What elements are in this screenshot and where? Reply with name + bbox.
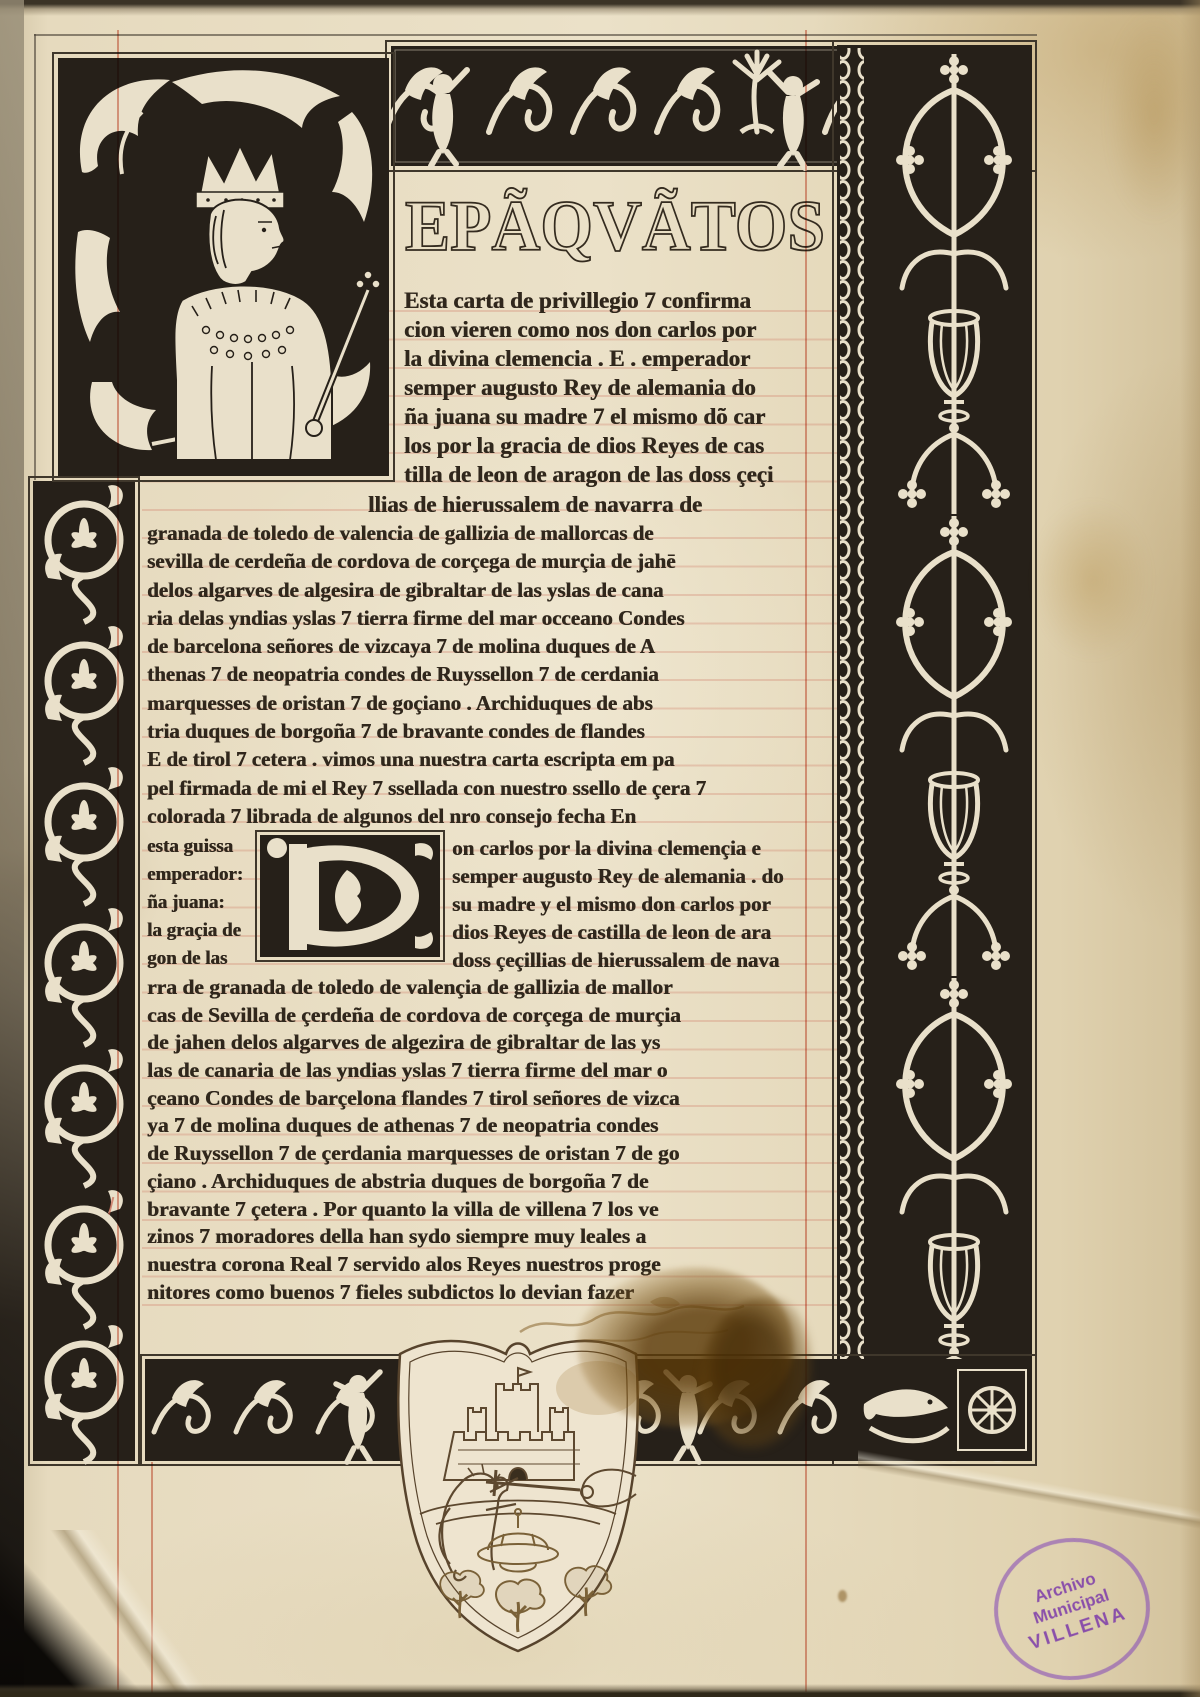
- text-line: llias de hierussalem de navarra de: [368, 492, 702, 518]
- text-line: su madre y el mismo don carlos por: [452, 892, 784, 920]
- inset-left-column: esta guissa emperador: ña juana: la graç…: [147, 836, 243, 975]
- text-line: tria duques de borgoña 7 de bravante con…: [147, 719, 706, 747]
- page-edge-left: [0, 0, 24, 1697]
- text-line: las de canaria de las yndias yslas 7 tie…: [147, 1058, 681, 1086]
- text-line: on carlos por la divina clemençia e: [452, 836, 784, 864]
- inset-right-column: on carlos por la divina clemençia e semp…: [452, 836, 784, 975]
- text-line: Esta carta de privillegio 7 confirma: [404, 288, 773, 317]
- text-line: emperador:: [147, 864, 243, 892]
- text-line: ria delas yndias yslas 7 tierra firme de…: [147, 606, 706, 634]
- ruling-line-vertical: [117, 30, 119, 1690]
- paragraph-1: Esta carta de privillegio 7 confirma cio…: [404, 288, 773, 491]
- text-line: nuestra corona Real 7 servido alos Reyes…: [147, 1252, 681, 1280]
- text-line: marquesses de oristan 7 de goçiano . Arc…: [147, 691, 706, 719]
- text-line: gon de las: [147, 948, 243, 976]
- heading-text: EPÃQVÃTOS: [405, 186, 825, 266]
- text-line: colorada 7 librada de algunos del nro co…: [147, 804, 706, 832]
- text-line: ya 7 de molina duques de athenas 7 de ne…: [147, 1113, 681, 1141]
- stain-droplet: [838, 1590, 847, 1602]
- text-line: semper augusto Rey de alemania do: [404, 375, 773, 404]
- text-line: E de tirol 7 cetera . vimos una nuestra …: [147, 747, 706, 775]
- text-line: ña juana:: [147, 892, 243, 920]
- fold-crease: [858, 1428, 1200, 1558]
- text-line: cion vieren como nos don carlos por: [404, 317, 773, 346]
- text-line: bravante 7 çetera . Por quanto la villa …: [147, 1197, 681, 1225]
- left-vine-border: [28, 476, 140, 1466]
- outer-rule-top: [34, 34, 1037, 36]
- text-line: çeano Condes de barçelona flandes 7 tiro…: [147, 1086, 681, 1114]
- text-line: zinos 7 moradores della han sydo siempre…: [147, 1224, 681, 1252]
- manuscript-page: EPÃQVÃTOS Esta carta de privillegio 7 co…: [0, 0, 1200, 1697]
- secondary-initial-d: [255, 830, 445, 962]
- braid-strip: [840, 48, 864, 1458]
- page-edge-right: [1180, 0, 1200, 1697]
- outer-rule-left: [34, 34, 36, 480]
- text-line: de jahen delos algarves de algezira de g…: [147, 1030, 681, 1058]
- right-candelabra-border: [832, 40, 1037, 1466]
- text-line: tilla de leon de aragon de las doss çeçi: [404, 462, 773, 491]
- bridge-line: llias de hierussalem de navarra de: [368, 492, 702, 518]
- text-line: pel firmada de mi el Rey 7 ssellada con …: [147, 776, 706, 804]
- parchment-stain: [1032, 500, 1152, 660]
- text-line: la graçia de: [147, 920, 243, 948]
- paragraph-2: granada de toledo de valencia de gallizi…: [147, 521, 706, 832]
- text-line: çiano . Archiduques de abstria duques de…: [147, 1169, 681, 1197]
- page-edge-top: [0, 0, 1200, 16]
- text-line: esta guissa: [147, 836, 243, 864]
- text-line: rra de granada de toledo de valençia de …: [147, 975, 681, 1003]
- text-line: doss çeçillias de hierussalem de nava: [452, 948, 784, 976]
- text-line: ña juana su madre 7 el mismo dõ car: [404, 404, 773, 433]
- text-line: thenas 7 de neopatria condes de Ruyssell…: [147, 662, 706, 690]
- text-line: de barcelona señores de vizcaya 7 de mol…: [147, 634, 706, 662]
- text-line: cas de Sevilla de çerdeña de cordova de …: [147, 1003, 681, 1031]
- text-line: dios Reyes de castilla de leon de ara: [452, 920, 784, 948]
- text-line: los por la gracia de dios Reyes de cas: [404, 433, 773, 462]
- text-line: delos algarves de algesira de gibraltar …: [147, 578, 706, 606]
- heading-woodcut-letters: EPÃQVÃTOS: [396, 182, 834, 270]
- text-line: la divina clemencia . E . emperador: [404, 346, 773, 375]
- text-line: semper augusto Rey de alemania . do: [452, 864, 784, 892]
- paragraph-3: rra de granada de toledo de valençia de …: [147, 975, 681, 1307]
- text-line: sevilla de cerdeña de cordova de corçega…: [147, 549, 706, 577]
- text-line: de Ruyssellon 7 de çerdania marquesses d…: [147, 1141, 681, 1169]
- page-edge-bottom: [0, 1684, 1200, 1697]
- ruling-line-vertical: [805, 30, 807, 1692]
- text-line: granada de toledo de valencia de gallizi…: [147, 521, 706, 549]
- historiated-initial-king-portrait: [52, 52, 395, 482]
